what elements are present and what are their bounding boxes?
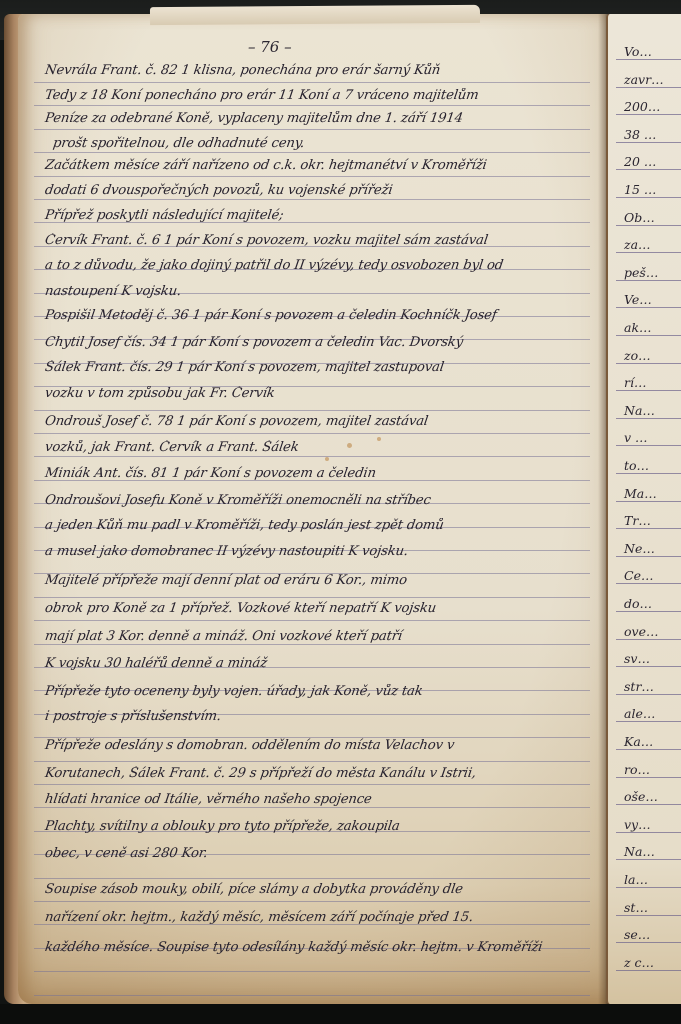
right-page-fragment: Na… (624, 403, 655, 418)
right-page-fragment: se… (624, 927, 650, 942)
handwritten-line: dodati 6 dvouspořečných povozů, ku vojen… (44, 183, 606, 198)
handwritten-line: K vojsku 30 haléřů denně a mináž (44, 656, 606, 671)
right-page-fragment: peš… (624, 265, 658, 280)
right-page-fragment: Ve… (624, 292, 652, 307)
handwritten-line: Nevrála Frant. č. 82 1 klisna, ponechána… (44, 63, 606, 78)
ruled-line (616, 87, 681, 88)
handwritten-line: Pospišil Metoděj č. 36 1 pár Koní s povo… (44, 308, 606, 323)
right-page-fragment: la… (624, 872, 648, 887)
handwritten-line: nastoupení K vojsku. (44, 284, 606, 299)
ruled-line (616, 363, 681, 364)
ruled-line (616, 915, 681, 916)
torn-page-fragment (150, 5, 480, 25)
ruled-line (616, 556, 681, 557)
ruled-line (34, 807, 590, 808)
handwritten-line: a to z důvodu, že jako dojiný patřil do … (44, 258, 606, 273)
handwritten-line: Peníze za odebrané Koně, vyplaceny majit… (44, 111, 606, 126)
ruled-line (616, 418, 681, 419)
handwritten-line: Přípřež poskytli následující majitelé; (44, 208, 606, 223)
handwritten-line: Majitelé přípřeže mají denní plat od erá… (44, 573, 606, 588)
handwritten-line: Soupise zásob mouky, obilí, píce slámy a… (44, 882, 606, 897)
right-page-fragment: do… (624, 596, 652, 611)
ruled-line (34, 456, 590, 457)
ruled-line (34, 878, 590, 879)
ruled-line (616, 887, 681, 888)
right-page-fragment: 20 … (624, 154, 656, 169)
ruled-line (34, 784, 590, 785)
ruled-line (616, 280, 681, 281)
right-page-fragment: 15 … (624, 182, 656, 197)
right-page-fragment: zo… (624, 348, 651, 363)
ruled-line (616, 335, 681, 336)
ruled-line (616, 390, 681, 391)
handwritten-line: a musel jako domobranec II výzévy nastou… (44, 544, 606, 559)
ruled-line (616, 307, 681, 308)
right-page-fragment: Ce… (624, 568, 653, 583)
right-page-fragment: vy… (624, 817, 651, 832)
ruled-line (34, 433, 590, 434)
ruled-line (34, 176, 590, 177)
handwritten-line: Ondrouš Josef č. 78 1 pár Koní s povozem… (44, 414, 606, 429)
ruled-line (616, 114, 681, 115)
ruled-line (616, 59, 681, 60)
ruled-line (34, 105, 590, 106)
ruled-line (34, 82, 590, 83)
right-page-fragment: v … (624, 430, 648, 445)
ruled-line (616, 804, 681, 805)
ruled-line (34, 761, 590, 762)
handwritten-line: Ondroušovi Josefu Koně v Kroměříži onemo… (44, 493, 606, 508)
handwritten-line: Šálek Frant. čís. 29 1 pár Koní s povoze… (44, 360, 606, 375)
ruled-line (34, 410, 590, 411)
ruled-line (34, 620, 590, 621)
handwritten-line: i postroje s příslušenstvím. (44, 709, 606, 724)
ruled-line (34, 199, 590, 200)
ruled-line (616, 169, 681, 170)
handwritten-line: Chytil Josef čís. 34 1 pár Koní s povoze… (44, 335, 606, 350)
ruled-line (616, 583, 681, 584)
ink-stain (347, 443, 352, 448)
ruled-line (616, 528, 681, 529)
right-page-fragment: zavr… (624, 72, 664, 87)
right-page-fragment: Vo… (624, 44, 652, 59)
handwritten-line: hlídati hranice od Itálie, věrného našeh… (44, 792, 606, 807)
right-page-fragment: ak… (624, 320, 652, 335)
ruled-line (34, 152, 590, 153)
ruled-line (616, 832, 681, 833)
ruled-line (616, 611, 681, 612)
handwritten-line: Korutanech, Šálek Frant. č. 29 s přípřež… (44, 766, 606, 781)
handwritten-line: každého měsíce. Soupise tyto odesílány k… (44, 940, 606, 955)
page-number: – 76 – (248, 38, 292, 56)
ruled-line (616, 721, 681, 722)
ruled-line (616, 639, 681, 640)
ruled-line (616, 749, 681, 750)
ruled-line (34, 597, 590, 598)
handwritten-line: obec, v ceně asi 280 Kor. (44, 846, 606, 861)
ruled-line (616, 473, 681, 474)
handwritten-line: Červík Frant. č. 6 1 pár Koní s povozem,… (44, 233, 606, 248)
ruled-line (616, 252, 681, 253)
right-page-fragment: ale… (624, 706, 655, 721)
right-page-fragment: 38 … (624, 127, 656, 142)
handwritten-line: Přípřeže odeslány s domobran. oddělením … (44, 738, 606, 753)
ruled-line (616, 225, 681, 226)
right-page-fragment: Ne… (624, 541, 655, 556)
ruled-line (616, 142, 681, 143)
handwritten-line: nařízení okr. hejtm., každý měsíc, měsíc… (44, 910, 606, 925)
handwritten-line: Přípřeže tyto oceneny byly vojen. úřady,… (44, 684, 606, 699)
handwritten-line: Tedy z 18 Koní ponecháno pro erár 11 Kon… (44, 88, 606, 103)
ruled-line (616, 970, 681, 971)
handwritten-line: obrok pro Koně za 1 přípřež. Vozkové kte… (44, 601, 606, 616)
ruled-line (616, 197, 681, 198)
ruled-line (616, 445, 681, 446)
right-page-fragment: str… (624, 679, 654, 694)
ruled-line (616, 777, 681, 778)
right-page-fragment: Ka… (624, 734, 653, 749)
right-page-fragment: Tr… (624, 513, 651, 528)
right-page-fragment: to… (624, 458, 649, 473)
right-page-fragment: Ob… (624, 210, 655, 225)
handwritten-line: mají plat 3 Kor. denně a mináž. Oni vozk… (44, 629, 606, 644)
handwritten-line: Začátkem měsíce září nařízeno od c.k. ok… (44, 158, 606, 173)
backdrop-bottom (0, 1004, 681, 1024)
handwritten-line: vozků, jak Frant. Červík a Frant. Šálek (44, 440, 606, 455)
right-page-fragment: sv… (624, 651, 650, 666)
right-page-fragment: 200… (624, 99, 660, 114)
handwritten-line: prošt spořitelnou, dle odhadnuté ceny. (52, 136, 614, 151)
handwritten-line: vozku v tom způsobu jak Fr. Červík (44, 386, 606, 401)
right-page-fragment: z c… (624, 955, 654, 970)
ruled-line (34, 995, 590, 996)
ink-stain (325, 457, 329, 461)
handwritten-line: Plachty, svítilny a oblouky pro tyto pří… (44, 819, 606, 834)
right-page-fragment: oše… (624, 789, 658, 804)
right-page-fragment: Na… (624, 844, 655, 859)
handwritten-line: Miniák Ant. čís. 81 1 pár Koní s povozem… (44, 466, 606, 481)
right-page-fragment: Ma… (624, 486, 657, 501)
right-page-fragment: ove… (624, 624, 659, 639)
ruled-line (616, 694, 681, 695)
right-page-fragment: za… (624, 237, 651, 252)
right-page-fragment: st… (624, 900, 648, 915)
ink-stain (377, 437, 381, 441)
ruled-line (34, 129, 590, 130)
ruled-line (616, 942, 681, 943)
ruled-line (616, 666, 681, 667)
right-page-fragment: rí… (624, 375, 646, 390)
ruled-line (34, 971, 590, 972)
handwritten-line: a jeden Kůň mu padl v Kroměříži, tedy po… (44, 518, 606, 533)
ruled-line (616, 859, 681, 860)
right-page-fragment: ro… (624, 762, 650, 777)
ruled-line (34, 901, 590, 902)
ruled-line (616, 501, 681, 502)
